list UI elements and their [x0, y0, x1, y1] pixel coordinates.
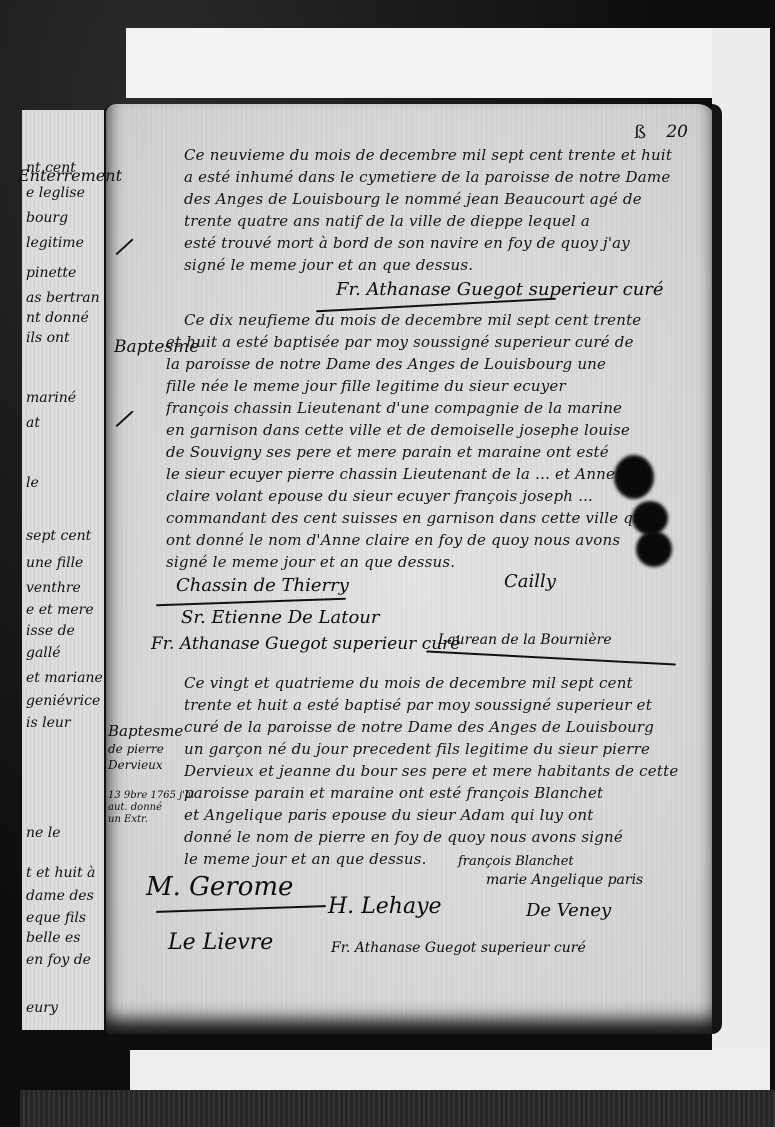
left-line: is leur [26, 715, 71, 731]
signature: Laurean de la Bournière [438, 632, 612, 648]
entry-line: Ce neuvieme du mois de decembre mil sept… [184, 146, 702, 164]
entry-line: curé de la paroisse de notre Dame des An… [184, 718, 702, 736]
entry-margin-title: Enterrement [18, 166, 122, 185]
ink-blot [632, 501, 668, 535]
left-line: le [26, 475, 39, 491]
entry-line: et huit a esté baptisée par moy soussign… [166, 333, 702, 351]
entry-margin-note: 13 9bre 1765 j'ai [108, 790, 194, 802]
entry-line: paroisse parain et maraine ont esté fran… [184, 784, 702, 802]
backing-sheet-top [126, 28, 768, 98]
signature: M. Gerome [146, 872, 293, 902]
signature: françois Blanchet [458, 854, 574, 869]
left-line: ne le [26, 825, 61, 841]
signature: marie Angelique paris [486, 872, 643, 888]
signature: Fr. Athanase Guegot superieur curé [151, 634, 460, 654]
left-line: legitime [26, 235, 84, 251]
left-line: belle es [26, 930, 80, 946]
entry-line: commandant des cent suisses en garnison … [166, 509, 702, 527]
left-line: mariné [26, 390, 76, 406]
entry-line: des Anges de Louisbourg le nommé jean Be… [184, 190, 702, 208]
signature: De Veney [526, 900, 611, 921]
left-line: t et huit à [26, 865, 95, 881]
signature-flourish [426, 650, 676, 665]
scanner-bed [20, 1090, 775, 1127]
backing-sheet-bottom [130, 1050, 770, 1090]
left-line: et mariane [26, 670, 103, 686]
signature: Cailly [504, 571, 556, 592]
entry-line: Dervieux et jeanne du bour ses pere et m… [184, 762, 702, 780]
entry-margin-note: un Extr. [108, 814, 148, 826]
entry-line: donné le nom de pierre en foy de quoy no… [184, 828, 702, 846]
entry-line: a esté inhumé dans le cymetiere de la pa… [184, 168, 702, 186]
signature: Chassin de Thierry [176, 575, 349, 596]
signature-flourish [156, 598, 346, 607]
left-line: as bertran [26, 290, 100, 306]
signature-flourish [156, 905, 326, 913]
entry-line: signé le meme jour et an que dessus. [184, 256, 702, 274]
folio-mark: ß [634, 122, 646, 143]
left-line: eury [26, 1000, 58, 1016]
left-line: isse de [26, 623, 75, 639]
signature: Le Lievre [168, 930, 273, 955]
folio-number: 20 [666, 122, 688, 142]
entry-line: trente et huit a esté baptisé par moy so… [184, 696, 702, 714]
entry-line: la paroisse de notre Dame des Anges de L… [166, 355, 702, 373]
entry-line: françois chassin Lieutenant d'une compag… [166, 399, 702, 417]
entry-line: le meme jour et an que dessus. [184, 850, 702, 868]
left-line: nt donné [26, 310, 89, 326]
left-page-strip: nt cent e leglise bourg legitime pinette… [22, 110, 106, 1030]
left-line: sept cent [26, 528, 91, 544]
entry-margin-subtitle: Dervieux [108, 758, 163, 772]
left-line: en foy de [26, 952, 91, 968]
signature: Fr. Athanase Guegot superieur curé [336, 279, 664, 300]
left-line: eque fils [26, 910, 86, 926]
ink-blot [614, 455, 654, 499]
left-line: venthre [26, 580, 81, 596]
entry-line: esté trouvé mort à bord de son navire en… [184, 234, 702, 252]
entry-line: Ce vingt et quatrieme du mois de decembr… [184, 674, 702, 692]
left-line: pinette [26, 265, 76, 281]
entry-margin-subtitle: de pierre [108, 742, 164, 756]
entry-line: trente quatre ans natif de la ville de d… [184, 212, 702, 230]
entry-line: Ce dix neufieme du mois de decembre mil … [184, 311, 702, 329]
left-line: dame des [26, 888, 94, 904]
entry-line: fille née le meme jour fille legitime du… [166, 377, 702, 395]
left-line: geniévrice [26, 693, 100, 709]
left-line: ils ont [26, 330, 70, 346]
left-line: e et mere [26, 602, 94, 618]
signature: Sr. Etienne De Latour [181, 607, 380, 628]
register-page: ß 20 Enterrement / Ce neuvieme du mois d… [106, 104, 716, 1034]
left-line: bourg [26, 210, 68, 226]
entry-line: en garnison dans cette ville et de demoi… [166, 421, 702, 439]
left-line: e leglise [26, 185, 85, 201]
ink-blot [636, 531, 672, 567]
entry-line: ont donné le nom d'Anne claire en foy de… [166, 531, 702, 549]
entry-tally-mark: / [113, 232, 136, 262]
entry-tally-mark: / [113, 404, 136, 434]
left-line: at [26, 415, 40, 431]
signature: Fr. Athanase Guegot superieur curé [331, 940, 586, 956]
left-line: une fille [26, 555, 83, 571]
entry-line: et Angelique paris epouse du sieur Adam … [184, 806, 702, 824]
entry-margin-title: Baptesme [108, 722, 183, 740]
signature: H. Lehaye [328, 894, 442, 919]
entry-line: un garçon né du jour precedent fils legi… [184, 740, 702, 758]
left-line: gallé [26, 645, 61, 661]
entry-line: signé le meme jour et an que dessus. [166, 553, 702, 571]
entry-margin-note: aut. donné [108, 802, 162, 814]
